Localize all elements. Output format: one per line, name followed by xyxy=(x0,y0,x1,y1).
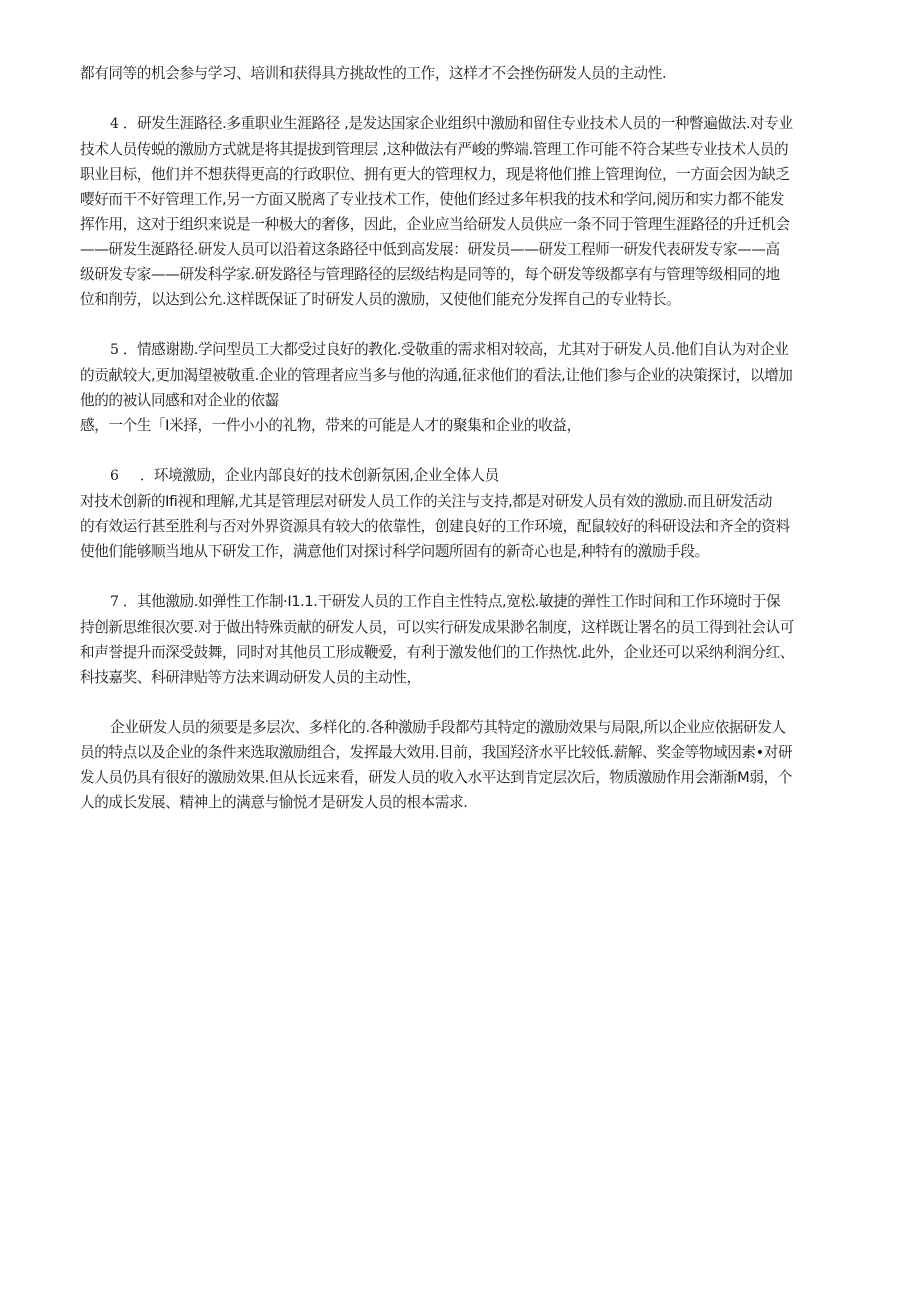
text-line: 4 ．研发生涯路径.多重职业生涯路径 ,是发达国家企业组织中激励和留住专业技术人… xyxy=(80,111,852,137)
text-segment: ．环境激励，企业内部良好的技术创新氛困,企业全体人员 xyxy=(140,467,499,484)
text-line: 科技嘉奖、科研津贴等方法来调动研发人员的主动性， xyxy=(80,665,852,690)
text-line: 职业目标，他们并不想获得更高的行政职位、拥有更大的管理权力，现是将他们推上管理询… xyxy=(80,162,852,187)
text-line: 他的的被认同感和对企业的依齧 xyxy=(80,388,852,413)
text-line: 挥作用，这对于组织来说是一种极大的奢侈，因此，企业应当给研发人员供应一条不同于管… xyxy=(80,212,852,237)
text-segment: ．情感谢勘.学问型员工大都受过良好的教化.受敬重的需求相对较高，尤其对于研发人员… xyxy=(123,341,789,358)
text-line: 位和削劳，以达到公允.这样既保证了时研发人员的激励，又使他们能充分发挥自己的专业… xyxy=(80,287,852,312)
text-line: 的贡献较大,更加渴望被敬重.企业的管理者应当多与他的沟通,征求他们的看法,让他们… xyxy=(80,363,852,388)
item-number: 6 xyxy=(110,468,119,484)
paragraph-item-5: 5 ．情感谢勘.学问型员工大都受过良好的教化.受敬重的需求相对较高，尤其对于研发… xyxy=(80,337,852,438)
item-number: 4 xyxy=(110,116,119,132)
text-line: ——研发生涎路径.研发人员可以沿着这条路径中低到高发展：研发员——研发工程师一研… xyxy=(80,237,852,262)
paragraph-item-7: 7 ．其他激励.如弹性工作制·I1.1.干研发人员的工作自主性特点,宽松.敏捷的… xyxy=(80,589,852,690)
text-line: 持创新思维很次要.对于做出特殊贡献的研发人员，可以实行研发成果渺名制度，这样既让… xyxy=(80,615,852,640)
item-number: 5 xyxy=(110,342,119,358)
text-segment: ．研发生涯路径.多重职业生涯路径 ,是发达国家企业组织中激励和留住专业技术人员的… xyxy=(123,115,793,132)
text-line: 员的特点以及企业的条件来选取激励组合，发挥最大效用.目前，我国羟济水平比较低.薪… xyxy=(80,740,852,765)
text-line: 的有效运行甚至胜利与否对外界资源具有较大的依靠性，创建良好的工作环境，配鼠较好的… xyxy=(80,514,852,539)
text-line: 感，一个生「I米择，一件小小的礼物，带来的可能是人才的聚集和企业的收益， xyxy=(80,413,852,438)
text-line: 发人员仍具有很好的激励效果.但从长远来看，研发人员的收入水平达到肯定层次后，物质… xyxy=(80,765,852,790)
item-number: 7 xyxy=(110,594,119,610)
text-line: 7 ．其他激励.如弹性工作制·I1.1.干研发人员的工作自主性特点,宽松.敏捷的… xyxy=(80,589,852,615)
text-line: 5 ．情感谢勘.学问型员工大都受过良好的教化.受敬重的需求相对较高，尤其对于研发… xyxy=(80,337,852,363)
text-line: 企业研发人员的须要是多层次、多样化的.各种激励手段都芍其特定的激励效果与局限,所… xyxy=(80,715,852,740)
paragraph-summary: 企业研发人员的须要是多层次、多样化的.各种激励手段都芍其特定的激励效果与局限,所… xyxy=(80,715,852,815)
text-segment: ．其他激励.如弹性工作制·I1.1.干研发人员的工作自主性特点,宽松.敏捷的弹性… xyxy=(123,593,780,610)
text-line: 嘤好而干不好管理工作,另一方面又脱离了专业技术工作，使他们经过多年枳我的技术和学… xyxy=(80,187,852,212)
text-line: 使他们能够顺当地从下研发工作，满意他们对探讨科学问题所固有的新奇心也是,种特有的… xyxy=(80,539,852,564)
text-line: 技术人员传蜕的激励方式就是将其提拔到管理层 ,这种做法有严峻的弊端.管理工作可能… xyxy=(80,137,852,162)
paragraph-item-6: 6 ．环境激励，企业内部良好的技术创新氛困,企业全体人员 对技术创新的Ifi视和… xyxy=(80,463,852,564)
paragraph-item-4: 4 ．研发生涯路径.多重职业生涯路径 ,是发达国家企业组织中激励和留住专业技术人… xyxy=(80,111,852,312)
text-line: 级研发专家——研发科学家.研发路径与管理路径的层级结构是同等的，每个研发等级都享… xyxy=(80,262,852,287)
paragraph-continued: 都有同等的机会参与学习、培训和获得具方挑故性的工作，这样才不会挫伤研发人员的主动… xyxy=(80,61,852,86)
text-line: 都有同等的机会参与学习、培训和获得具方挑故性的工作，这样才不会挫伤研发人员的主动… xyxy=(80,61,852,86)
text-line: 6 ．环境激励，企业内部良好的技术创新氛困,企业全体人员 xyxy=(80,463,852,489)
text-line: 对技术创新的Ifi视和理解,尤其是管理层对研发人员工作的关注与支持,都是对研发人… xyxy=(80,489,852,514)
text-line: 和声誉提升而深受鼓舞，同时对其他员工形成鞭爱，有利于激发他们的工作热忱.此外，企… xyxy=(80,640,852,665)
document-page: 都有同等的机会参与学习、培训和获得具方挑故性的工作，这样才不会挫伤研发人员的主动… xyxy=(80,61,852,840)
text-line: 人的成长发展、精神上的满意与愉悦才是研发人员的根本需求. xyxy=(80,790,852,815)
